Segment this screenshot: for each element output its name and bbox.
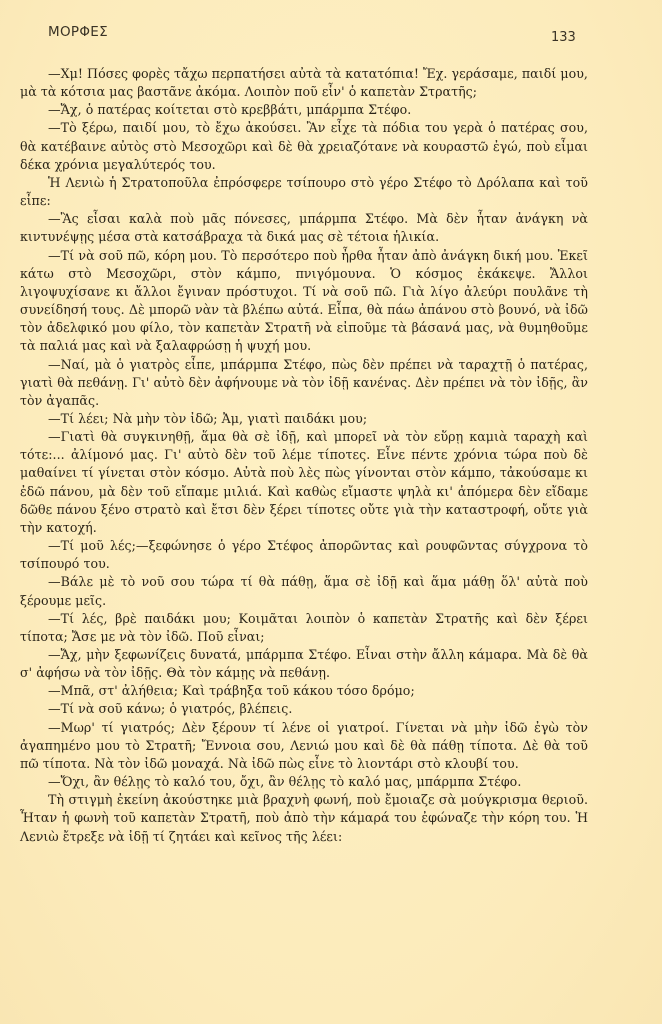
paragraph: —Ναί, μὰ ὁ γιατρὸς εἶπε, μπάρμπα Στέφο, … bbox=[20, 356, 588, 410]
paragraph: —Τί μοῦ λές;—ξεφώνησε ὁ γέρο Στέφος ἀπορ… bbox=[20, 537, 588, 573]
paragraph: Τὴ στιγμὴ ἐκείνη ἀκούστηκε μιὰ βραχνὴ φω… bbox=[20, 791, 588, 845]
running-title: ΜΟΡΦΕΣ bbox=[48, 24, 108, 40]
paragraph: —Γιατὶ θὰ συγκινηθῇ, ἅμα θὰ σὲ ἰδῇ, καὶ … bbox=[20, 428, 588, 537]
paragraph: —Τί νὰ σοῦ κάνω; ὁ γιατρός, βλέπεις. bbox=[20, 700, 588, 718]
paragraph: Ἡ Λενιὼ ἡ Στρατοποῦλα ἐπρόσφερε τσίπουρο… bbox=[20, 174, 588, 210]
book-page: ΜΟΡΦΕΣ 133 —Χμ! Πόσες φορὲς τἄχω περπατή… bbox=[0, 0, 662, 1024]
paragraph: —Τί νὰ σοῦ πῶ, κόρη μου. Τὸ περσότερο πο… bbox=[20, 247, 588, 356]
paragraph: —Ὄχι, ἂν θέλῃς τὸ καλό του, ὄχι, ἂν θέλῃ… bbox=[20, 773, 588, 791]
body-text: —Χμ! Πόσες φορὲς τἄχω περπατήσει αὐτὰ τὰ… bbox=[20, 65, 588, 846]
paragraph: —Βάλε μὲ τὸ νοῦ σου τώρα τί θὰ πάθῃ, ἅμα… bbox=[20, 573, 588, 609]
paragraph: —Μωρ' τί γιατρός; Δὲν ξέρουν τί λένε οἱ … bbox=[20, 719, 588, 773]
paragraph: —Ἂς εἶσαι καλὰ ποὺ μᾶς πόνεσες, μπάρμπα … bbox=[20, 210, 588, 246]
paragraph: —Τί λέει; Νὰ μὴν τὸν ἰδῶ; Ἀμ, γιατὶ παιδ… bbox=[20, 410, 588, 428]
paragraph: —Ἄχ, ὁ πατέρας κοίτεται στὸ κρεββάτι, μπ… bbox=[20, 101, 588, 119]
paragraph: —Μπᾶ, στ' ἀλήθεια; Καὶ τράβηξα τοῦ κάκου… bbox=[20, 682, 588, 700]
paragraph: —Τί λές, βρὲ παιδάκι μου; Κοιμᾶται λοιπὸ… bbox=[20, 610, 588, 646]
page-number: 133 bbox=[551, 30, 576, 45]
paragraph: —Χμ! Πόσες φορὲς τἄχω περπατήσει αὐτὰ τὰ… bbox=[20, 65, 588, 101]
paragraph: —Τὸ ξέρω, παιδί μου, τὸ ἔχω ἀκούσει. Ἂν … bbox=[20, 119, 588, 173]
paragraph: —Ἄχ, μὴν ξεφωνίζεις δυνατά, μπάρμπα Στέφ… bbox=[20, 646, 588, 682]
